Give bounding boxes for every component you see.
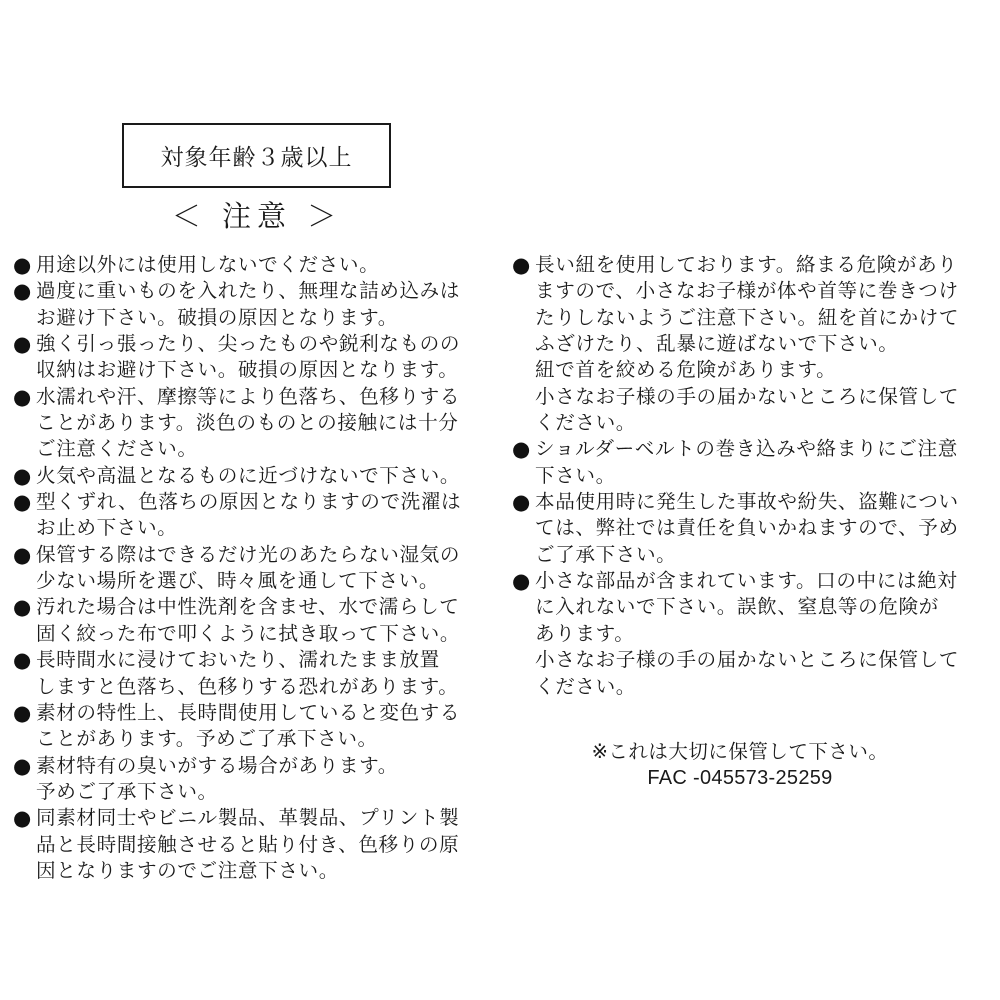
caution-item-line: 汚れた場合は中性洗剤を含ませ、水で濡らして [36,594,495,620]
caution-item-line: 収納はお避け下さい。破損の原因となります。 [36,357,495,383]
caution-list-left: ●用途以外には使用しないでください。●過度に重いものを入れたり、無理な詰め込みは… [13,252,495,884]
caution-item-line: 下さい。 [535,463,994,489]
caution-item-line: 過度に重いものを入れたり、無理な詰め込みは [36,278,495,304]
caution-item-line: ご注意ください。 [36,436,495,462]
caution-item-line: お止め下さい。 [36,515,495,541]
caution-item-line: 型くずれ、色落ちの原因となりますので洗濯は [36,489,495,515]
caution-item-line: 固く絞った布で叩くように拭き取って下さい。 [36,621,495,647]
caution-item-line: ショルダーベルトの巻き込みや絡まりにご注意 [535,436,994,462]
caution-item-line: 同素材同士やビニル製品、革製品、プリント製 [36,805,495,831]
caution-item-line: 火気や高温となるものに近づけないで下さい。 [36,463,495,489]
caution-item-line: ふざけたり、乱暴に遊ばないで下さい。 [535,331,994,357]
caution-item: ●用途以外には使用しないでください。 [13,252,495,278]
caution-item: ●型くずれ、色落ちの原因となりますので洗濯はお止め下さい。 [13,489,495,542]
bullet-icon: ● [13,805,36,831]
storage-note: ※これは大切に保管して下さい。 [560,738,920,765]
caution-item: ●長い紐を使用しております。絡まる危険がありますので、小さなお子様が体や首等に巻… [512,252,994,436]
caution-item-line: 強く引っ張ったり、尖ったものや鋭利なものの [36,331,495,357]
age-rating-label: 対象年齢３歳以上 [161,139,353,172]
caution-item: ●保管する際はできるだけ光のあたらない湿気の少ない場所を選び、時々風を通して下さ… [13,542,495,595]
caution-item: ●ショルダーベルトの巻き込みや絡まりにご注意下さい。 [512,436,994,489]
caution-item: ●長時間水に浸けておいたり、濡れたまま放置しますと色落ち、色移りする恐れがありま… [13,647,495,700]
bullet-icon: ● [13,542,36,568]
caution-item-line: 予めご了承下さい。 [36,779,495,805]
caution-item: ●本品使用時に発生した事故や紛失、盗難については、弊社では責任を負いかねますので… [512,489,994,568]
caution-item-line: 保管する際はできるだけ光のあたらない湿気の [36,542,495,568]
bullet-icon: ● [13,753,36,779]
caution-item-line: に入れないで下さい。誤飲、窒息等の危険が [535,594,994,620]
bullet-icon: ● [512,252,535,278]
caution-item: ●水濡れや汗、摩擦等により色落ち、色移りすることがあります。淡色のものとの接触に… [13,384,495,463]
caution-item-line: 長時間水に浸けておいたり、濡れたまま放置 [36,647,495,673]
caution-item-line: 小さなお子様の手の届かないところに保管して [535,384,994,410]
caution-item-line: ては、弊社では責任を負いかねますので、予め [535,515,994,541]
caution-item-line: 水濡れや汗、摩擦等により色落ち、色移りする [36,384,495,410]
caution-item: ●素材の特性上、長時間使用していると変色することがあります。予めご了承下さい。 [13,700,495,753]
caution-item: ●汚れた場合は中性洗剤を含ませ、水で濡らして固く絞った布で叩くように拭き取って下… [13,594,495,647]
caution-item: ●強く引っ張ったり、尖ったものや鋭利なものの収納はお避け下さい。破損の原因となり… [13,331,495,384]
caution-item-line: 素材の特性上、長時間使用していると変色する [36,700,495,726]
caution-item-line: ことがあります。淡色のものとの接触には十分 [36,410,495,436]
caution-item-line: お避け下さい。破損の原因となります。 [36,305,495,331]
caution-item-line: 因となりますのでご注意下さい。 [36,858,495,884]
caution-item-line: ご了承下さい。 [535,542,994,568]
age-rating-box: 対象年齢３歳以上 [122,123,391,188]
bullet-icon: ● [512,568,535,594]
caution-item-line: 用途以外には使用しないでください。 [36,252,495,278]
caution-item-line: 素材特有の臭いがする場合があります。 [36,753,495,779]
caution-item-line: ますので、小さなお子様が体や首等に巻きつけ [535,278,994,304]
caution-list-right: ●長い紐を使用しております。絡まる危険がありますので、小さなお子様が体や首等に巻… [512,252,994,700]
caution-item-line: 本品使用時に発生した事故や紛失、盗難につい [535,489,994,515]
caution-item-line: あります。 [535,621,994,647]
bullet-icon: ● [13,252,36,278]
caution-item-line: 小さな部品が含まれています。口の中には絶対 [535,568,994,594]
bullet-icon: ● [13,594,36,620]
caution-item-line: 少ない場所を選び、時々風を通して下さい。 [36,568,495,594]
caution-item: ●火気や高温となるものに近づけないで下さい。 [13,463,495,489]
bullet-icon: ● [512,436,535,462]
caution-item-line: しますと色落ち、色移りする恐れがあります。 [36,674,495,700]
caution-item-line: 小さなお子様の手の届かないところに保管して [535,647,994,673]
bullet-icon: ● [13,384,36,410]
bullet-icon: ● [13,700,36,726]
caution-item-line: 品と長時間接触させると貼り付き、色移りの原 [36,832,495,858]
bullet-icon: ● [13,331,36,357]
product-code: FAC -045573-25259 [560,765,920,792]
bullet-icon: ● [13,278,36,304]
caution-item-line: ことがあります。予めご了承下さい。 [36,726,495,752]
caution-item: ●小さな部品が含まれています。口の中には絶対に入れないで下さい。誤飲、窒息等の危… [512,568,994,700]
caution-item-line: 長い紐を使用しております。絡まる危険があり [535,252,994,278]
caution-heading: ＜ 注意 ＞ [122,196,392,236]
caution-item-line: たりしないようご注意下さい。紐を首にかけて [535,305,994,331]
caution-item-line: ください。 [535,410,994,436]
caution-item-line: 紐で首を絞める危険があります。 [535,357,994,383]
caution-item-line: ください。 [535,674,994,700]
bullet-icon: ● [13,463,36,489]
caution-item: ●同素材同士やビニル製品、革製品、プリント製品と長時間接触させると貼り付き、色移… [13,805,495,884]
caution-item: ●過度に重いものを入れたり、無理な詰め込みはお避け下さい。破損の原因となります。 [13,278,495,331]
bullet-icon: ● [512,489,535,515]
bullet-icon: ● [13,489,36,515]
bullet-icon: ● [13,647,36,673]
footer: ※これは大切に保管して下さい。 FAC -045573-25259 [560,738,920,792]
caution-item: ●素材特有の臭いがする場合があります。予めご了承下さい。 [13,753,495,806]
